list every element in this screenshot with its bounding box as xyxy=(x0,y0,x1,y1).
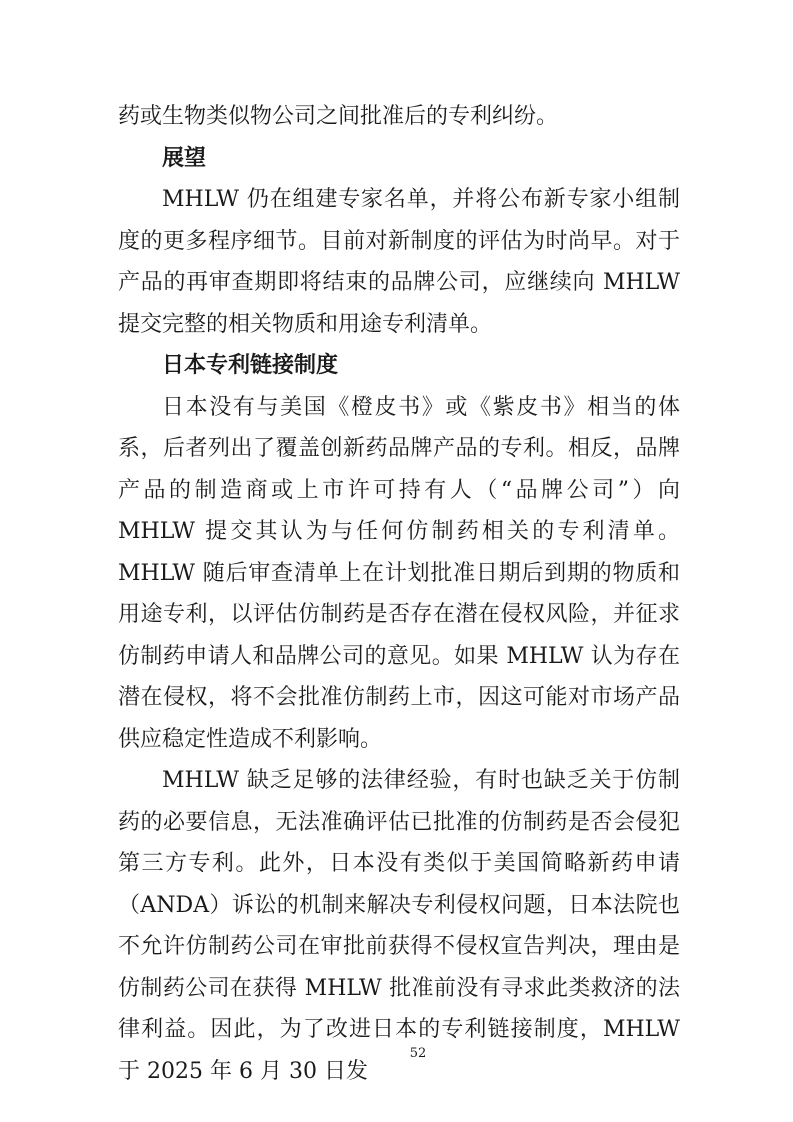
page-number: 52 xyxy=(410,1046,427,1062)
document-page: 药或生物类似物公司之间批准后的专利纠纷。 展望 MHLW 仍在组建专家名单，并将… xyxy=(0,0,793,1122)
paragraph-patent-linkage-overview: 日本没有与美国《橙皮书》或《紫皮书》相当的体系，后者列出了覆盖创新药品牌产品的专… xyxy=(118,387,680,761)
section-heading-japan-patent-linkage: 日本专利链接制度 xyxy=(118,345,680,387)
section-heading-outlook: 展望 xyxy=(118,138,680,180)
paragraph-continuation: 药或生物类似物公司之间批准后的专利纠纷。 xyxy=(118,96,680,138)
paragraph-outlook: MHLW 仍在组建专家名单，并将公布新专家小组制度的更多程序细节。目前对新制度的… xyxy=(118,179,680,345)
paragraph-patent-linkage-limitations: MHLW 缺乏足够的法律经验，有时也缺乏关于仿制药的必要信息，无法准确评估已批准… xyxy=(118,760,680,1092)
page-content: 药或生物类似物公司之间批准后的专利纠纷。 展望 MHLW 仍在组建专家名单，并将… xyxy=(118,96,680,1092)
